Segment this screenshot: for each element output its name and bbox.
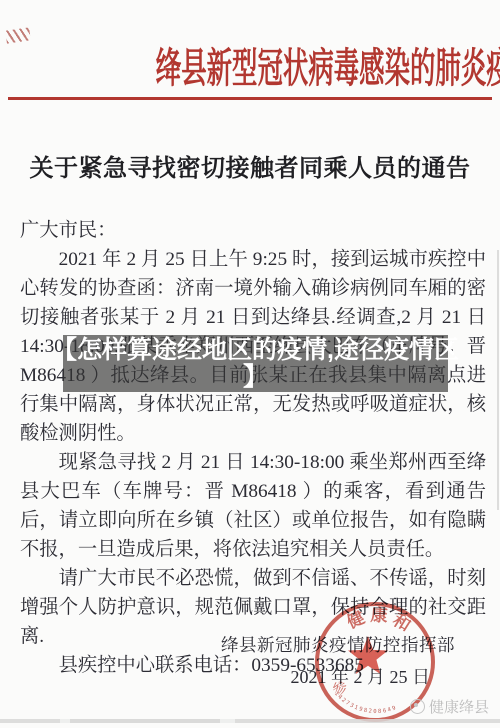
letterhead-rule — [8, 97, 492, 100]
seal-star — [348, 636, 388, 674]
scan-smudge-artifact — [5, 27, 31, 43]
scan-bottom-edge — [0, 719, 500, 723]
letterhead: 绛县新型冠状病毒感染的肺炎疫情防控指挥部 — [0, 44, 500, 92]
caption-overlay: 【怎样算途经地区的疫情,途径疫情区 】 — [63, 335, 448, 392]
caption-overlay-line2: 】 — [243, 364, 268, 391]
salutation: 广大市民： — [20, 216, 486, 245]
notice-title: 关于紧急寻找密切接触者同乘人员的通告 — [0, 148, 500, 183]
scan-right-edge — [497, 250, 499, 510]
paragraph-2: 现紧急寻找 2 月 21 日 14:30-18:00 乘坐郑州西至绛县大巴车（车… — [20, 448, 486, 564]
watermark: 健康绛县 — [410, 696, 489, 717]
watermark-logo-icon — [410, 699, 425, 714]
letterhead-title: 绛县新型冠状病毒感染的肺炎疫情防控指挥部 — [156, 44, 500, 92]
caption-overlay-line1: 【怎样算途经地区的疫情,途径疫情区 — [52, 337, 459, 364]
watermark-label: 健康绛县 — [429, 696, 489, 717]
